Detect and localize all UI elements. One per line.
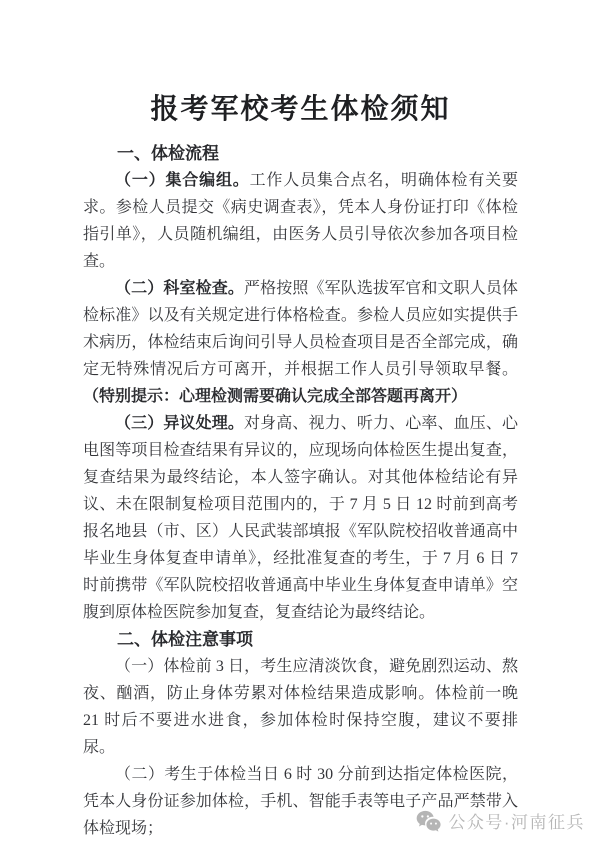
paragraph-department-checks: （二）科室检查。严格按照《军队选拔军官和文职人员体检标准》以及有关规定进行体格检… <box>83 275 518 410</box>
watermark: 公众号·河南征兵 <box>416 808 585 833</box>
paragraph-lead: （三）异议处理。 <box>115 415 244 432</box>
paragraph-text: （一）体检前 3 日，考生应清淡饮食，避免剧烈运动、熬夜、酗酒，防止身体劳累对体… <box>83 658 518 756</box>
section-heading-physical-exam-process: 一、体检流程 <box>83 140 518 167</box>
paragraph-lead: （一）集合编组。 <box>115 172 250 189</box>
special-note: （特别提示：心理检测需要确认完成全部答题再离开） <box>83 388 467 405</box>
watermark-label: 公众号·河南征兵 <box>448 808 585 833</box>
page-title: 报考军校考生体检须知 <box>83 92 518 128</box>
paragraph-assembly-grouping: （一）集合编组。工作人员集合点名，明确体检有关要求。参检人员提交《病史调查表》，… <box>83 167 518 275</box>
document-page: 报考军校考生体检须知 一、体检流程 （一）集合编组。工作人员集合点名，明确体检有… <box>0 0 600 848</box>
paragraph-diet-precaution: （一）体检前 3 日，考生应清淡饮食，避免剧烈运动、熬夜、酗酒，防止身体劳累对体… <box>83 653 518 761</box>
paragraph-lead: （二）科室检查。 <box>115 280 244 297</box>
section-heading-exam-precautions: 二、体检注意事项 <box>83 626 518 653</box>
paragraph-objection-handling: （三）异议处理。对身高、视力、听力、心率、血压、心电图等项目检查结果有异议的，应… <box>83 410 518 626</box>
wechat-icon <box>416 810 441 832</box>
paragraph-text: 对身高、视力、听力、心率、血压、心电图等项目检查结果有异议的，应现场向体检医生提… <box>83 415 518 621</box>
